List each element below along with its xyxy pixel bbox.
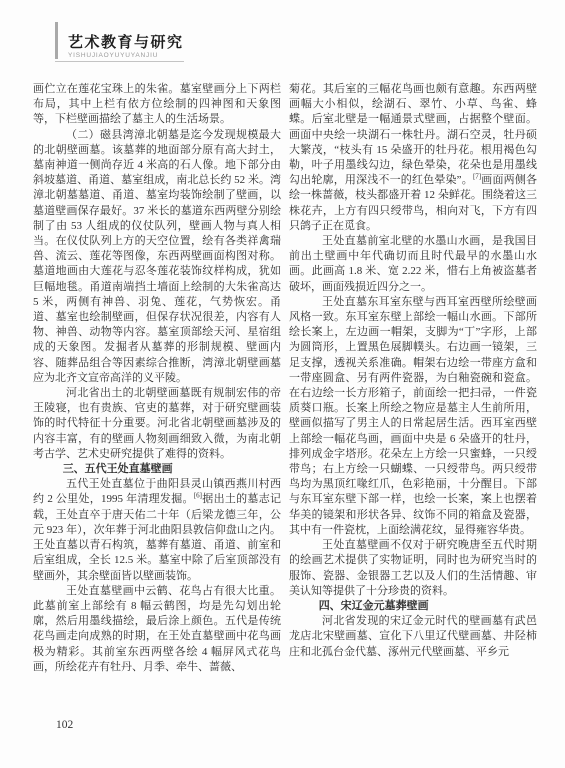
document-page: 艺术教育与研究 YISHUJIAOYUYUYANJIU 画伫立在莲花宝珠上的朱雀… <box>0 0 565 768</box>
paragraph-wanzhang-tomb: （二）磁县湾漳北朝墓是迄今发现规模最大的北朝壁画墓。该墓葬的地面部分原有高大封土… <box>33 128 281 386</box>
article-body: 画伫立在莲花宝珠上的朱雀。墓室壁画分上下两栏布局，其中上栏有依方位绘制的四神图和… <box>33 82 537 712</box>
section-heading-three: 三、五代王处直墓壁画 <box>33 462 281 477</box>
paragraph-continuation: 画伫立在莲花宝珠上的朱雀。墓室壁画分上下两栏布局，其中上栏有依方位绘制的四神图和… <box>33 82 281 128</box>
journal-title: 艺术教育与研究 <box>68 21 184 51</box>
paragraph-song-liao-jin-yuan: 河北省发现的宋辽金元时代的壁画墓有武邑龙店北宋壁画墓、宣化下八里辽代壁画墓、井陉… <box>289 614 537 660</box>
header-accent-bar <box>55 22 58 59</box>
paragraph-ear-chambers: 王处直墓东耳室东壁与西耳室西壁所绘壁画风格一致。东耳室东壁上部绘一幅山水画。下部… <box>289 295 537 538</box>
journal-header: 艺术教育与研究 YISHUJIAOYUYUYANJIU <box>55 21 184 62</box>
left-column: 画伫立在莲花宝珠上的朱雀。墓室壁画分上下两栏布局，其中上栏有依方位绘制的四神图和… <box>33 82 281 712</box>
paragraph-text: 据出土的墓志记载，王处直卒于唐天佑二十年（后梁龙德三年，公元 923 年），次年… <box>33 493 281 581</box>
journal-title-block: 艺术教育与研究 YISHUJIAOYUYUYANJIU <box>68 21 184 59</box>
paragraph-flower-bird-continuation: 菊花。其后室的三幅花鸟画也颇有意趣。东西两壁画幅大小相似，绘湖石、翠竹、小草、鸟… <box>289 82 537 234</box>
paragraph-northern-dynasties-summary: 河北省出土的北朝壁画墓既有规制宏伟的帝王陵寝，也有贵族、官吏的墓葬，对于研究壁画… <box>33 386 281 462</box>
page-footer: 102 <box>56 719 73 731</box>
right-column: 菊花。其后室的三幅花鸟画也颇有意趣。东西两壁画幅大小相似，绘湖石、翠竹、小草、鸟… <box>289 82 537 712</box>
footnote-ref-6: [6] <box>194 492 202 500</box>
paragraph-ink-landscape: 王处直墓前室北壁的水墨山水画，是我国目前出土壁画中年代确切而且时代最早的水墨山水… <box>289 234 537 295</box>
footnote-ref-7: [7] <box>473 173 481 181</box>
page-number: 102 <box>56 719 73 731</box>
paragraph-text: 菊花。其后室的三幅花鸟画也颇有意趣。东西两壁画幅大小相似，绘湖石、翠竹、小草、鸟… <box>289 83 537 186</box>
paragraph-wangchuzhi-tomb-intro: 五代王处直墓位于曲阳县灵山镇西燕川村西约 2 公里处，1995 年清理发掘。[6… <box>33 477 281 583</box>
section-heading-four: 四、宋辽金元墓葬壁画 <box>289 599 537 614</box>
paragraph-wangchuzhi-significance: 王处直墓壁画不仅对于研究晚唐至五代时期的绘画艺术提供了实物证明，同时也为研究当时… <box>289 538 537 599</box>
journal-title-pinyin: YISHUJIAOYUYUYANJIU <box>68 52 184 59</box>
paragraph-crane-flower-murals: 王处直墓壁画中云鹤、花鸟占有很大比重。此墓前室上部绘有 8 幅云鹤图，均是先勾划… <box>33 584 281 675</box>
